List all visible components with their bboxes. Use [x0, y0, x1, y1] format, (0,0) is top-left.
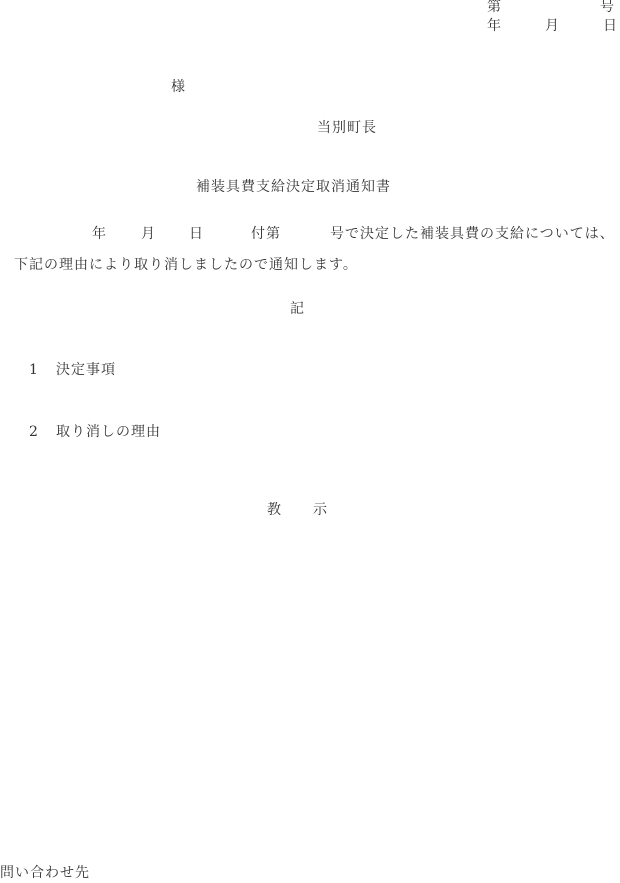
body-line-1-rest: 号で決定した補装具費の支給については、 [330, 227, 615, 241]
sender-title: 当別町長 [317, 121, 377, 135]
item-number: 2 [29, 425, 38, 439]
doc-number-prefix: 第 [487, 0, 501, 14]
doc-number-suffix: 号 [600, 0, 614, 14]
body-month: 月 [141, 227, 155, 241]
body-year: 年 [92, 227, 106, 241]
item-label: 決定事項 [56, 363, 116, 377]
ki-heading: 記 [290, 302, 304, 316]
body-dated-number-prefix: 付第 [251, 227, 281, 241]
date-year: 年 [487, 19, 501, 33]
body-day: 日 [189, 227, 203, 241]
item-number: 1 [29, 363, 38, 377]
contact-label: 問い合わせ先 [0, 866, 90, 880]
body-line-2: 下記の理由により取り消しましたので通知します。 [14, 258, 358, 272]
instruction-heading-char-2: 示 [313, 503, 327, 517]
instruction-heading-char-1: 教 [267, 503, 281, 517]
date-day: 日 [603, 19, 617, 33]
date-month: 月 [545, 19, 559, 33]
addressee-honorific: 様 [171, 80, 185, 94]
document-title: 補装具費支給決定取消通知書 [196, 180, 391, 194]
item-label: 取り消しの理由 [56, 425, 161, 439]
